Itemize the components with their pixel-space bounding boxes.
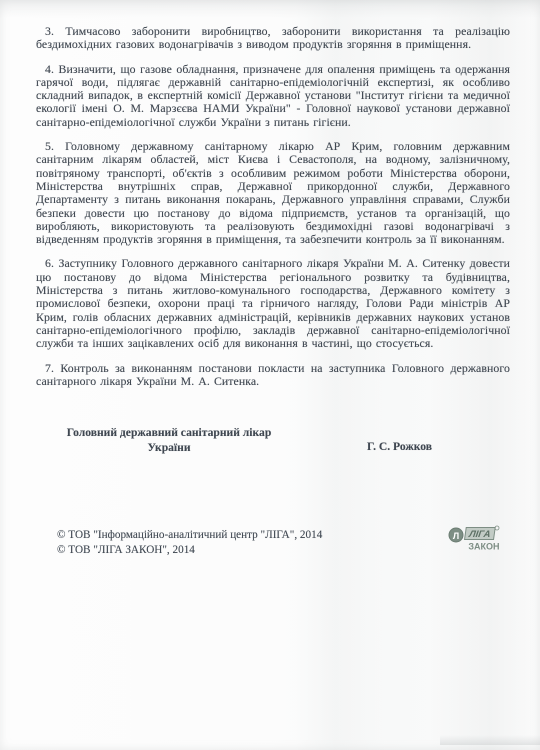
document-page: 3. Тимчасово заборонити виробництво, заб… — [0, 0, 540, 750]
copyright-line-1: © ТОВ "Інформаційно-аналітичний центр "Л… — [57, 528, 322, 543]
paragraph-6: 6. Заступнику Головного державного саніт… — [36, 257, 510, 350]
signature-title: Головний державний санітарний лікар Укра… — [38, 426, 300, 455]
signature-title-line2: України — [38, 441, 300, 456]
signature-name: Г. С. Рожков — [367, 440, 432, 453]
zakon-wordmark: ЗАКОН — [468, 542, 499, 552]
copyright-block: © ТОВ "Інформаційно-аналітичний центр "Л… — [57, 528, 322, 558]
copyright-line-2: © ТОВ "ЛІГА ЗАКОН", 2014 — [57, 543, 322, 558]
scan-artifact — [0, 0, 540, 18]
scan-artifact — [440, 735, 540, 745]
svg-text:ЛІГА: ЛІГА — [467, 529, 491, 540]
document-body: 3. Тимчасово заборонити виробництво, заб… — [36, 25, 510, 399]
liga-zakon-logo-graphic: Л ЛІГА ЗАКОН — [446, 522, 508, 556]
paragraph-5: 5. Головному державному санітарному ліка… — [36, 140, 510, 246]
signature-title-line1: Головний державний санітарний лікар — [38, 426, 300, 441]
paragraph-3: 3. Тимчасово заборонити виробництво, заб… — [36, 25, 510, 52]
liga-zakon-logo: Л ЛІГА ЗАКОН — [446, 522, 508, 556]
paragraph-4: 4. Визначити, що газове обладнання, приз… — [36, 63, 510, 129]
paragraph-7: 7. Контроль за виконанням постанови покл… — [36, 362, 510, 389]
liga-wordmark: ЛІГА — [464, 528, 495, 540]
gear-emblem-icon: Л — [449, 528, 463, 542]
svg-text:Л: Л — [453, 531, 459, 541]
